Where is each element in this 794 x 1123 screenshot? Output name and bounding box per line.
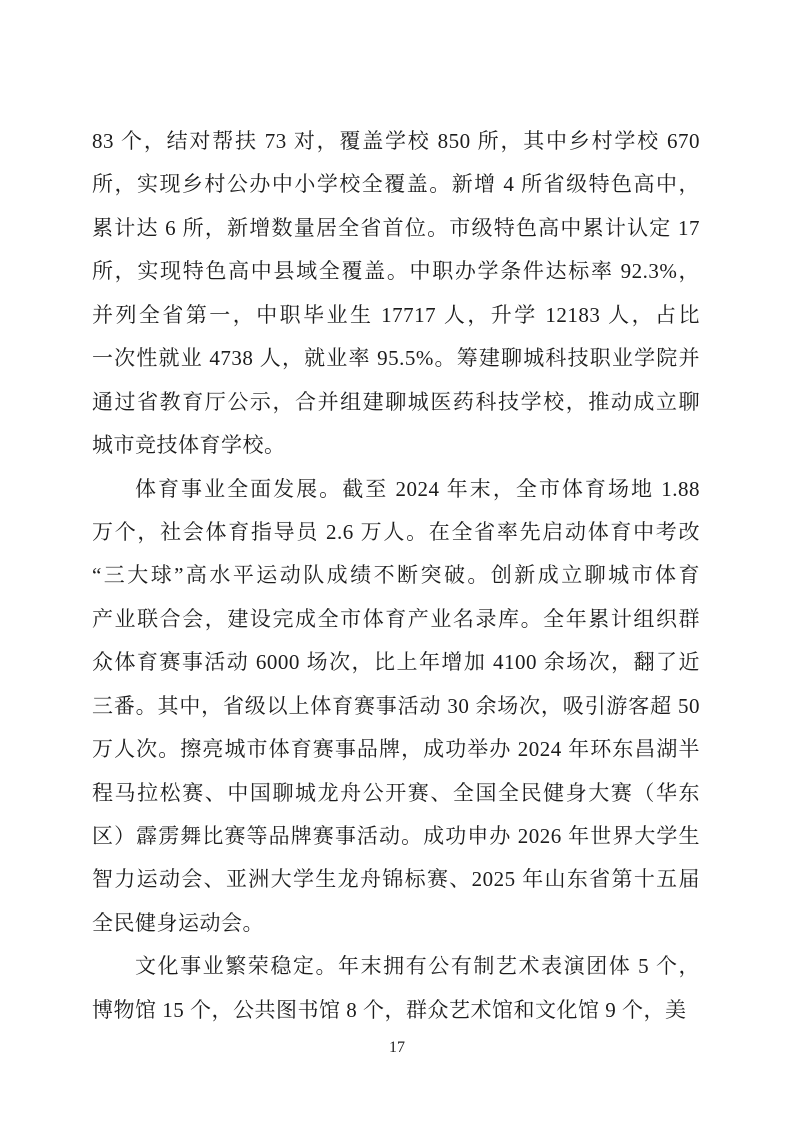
text-line: 万个，社会体育指导员 2.6 万人。在全省率先启动体育中考改革， bbox=[92, 511, 700, 554]
text-line: 智力运动会、亚洲大学生龙舟锦标赛、2025 年山东省第十五届 bbox=[92, 858, 700, 901]
text-line: 万人次。擦亮城市体育赛事品牌，成功举办 2024 年环东昌湖半 bbox=[92, 728, 700, 771]
text-line: 全民健身运动会。 bbox=[92, 902, 700, 945]
document-page: { "page": { "number": "17" }, "document"… bbox=[0, 0, 794, 1123]
text-line: 体育事业全面发展。截至 2024 年末，全市体育场地 1.88 bbox=[92, 468, 700, 511]
document-body: 83 个，结对帮扶 73 对，覆盖学校 850 所，其中乡村学校 670所，实现… bbox=[92, 120, 700, 1032]
paragraph-lead: 文化事业繁荣稳定。 bbox=[135, 954, 338, 978]
text-line: 博物馆 15 个，公共图书馆 8 个，群众艺术馆和文化馆 9 个，美 bbox=[92, 989, 700, 1032]
text-line: 所，实现特色高中县域全覆盖。中职办学条件达标率 92.3%， bbox=[92, 250, 700, 293]
paragraph: 83 个，结对帮扶 73 对，覆盖学校 850 所，其中乡村学校 670所，实现… bbox=[92, 120, 700, 468]
text-line: 产业联合会，建设完成全市体育产业名录库。全年累计组织群 bbox=[92, 598, 700, 641]
text-line: 众体育赛事活动 6000 场次，比上年增加 4100 余场次，翻了近 bbox=[92, 641, 700, 684]
text-line: 通过省教育厅公示，合并组建聊城医药科技学校，推动成立聊 bbox=[92, 381, 700, 424]
text-line: 三番。其中，省级以上体育赛事活动 30 余场次，吸引游客超 50 bbox=[92, 685, 700, 728]
text-line: 累计达 6 所，新增数量居全省首位。市级特色高中累计认定 17 bbox=[92, 207, 700, 250]
text-line: 83 个，结对帮扶 73 对，覆盖学校 850 所，其中乡村学校 670 bbox=[92, 120, 700, 163]
paragraph: 体育事业全面发展。截至 2024 年末，全市体育场地 1.88万个，社会体育指导… bbox=[92, 468, 700, 946]
text-line: 文化事业繁荣稳定。年末拥有公有制艺术表演团体 5 个， bbox=[92, 945, 700, 988]
paragraph-lead: 体育事业全面发展。 bbox=[135, 477, 342, 501]
text-line: 区）霹雳舞比赛等品牌赛事活动。成功申办 2026 年世界大学生 bbox=[92, 815, 700, 858]
text-line: 一次性就业 4738 人，就业率 95.5%。筹建聊城科技职业学院并 bbox=[92, 337, 700, 380]
text-line: 并列全省第一，中职毕业生 17717 人，升学 12183 人，占比 68.8%… bbox=[92, 294, 700, 337]
page-number: 17 bbox=[0, 1036, 794, 1060]
text-line: 城市竞技体育学校。 bbox=[92, 424, 700, 467]
paragraph: 文化事业繁荣稳定。年末拥有公有制艺术表演团体 5 个，博物馆 15 个，公共图书… bbox=[92, 945, 700, 1032]
text-line: “三大球”高水平运动队成绩不断突破。创新成立聊城市体育 bbox=[92, 554, 700, 597]
text-line: 程马拉松赛、中国聊城龙舟公开赛、全国全民健身大赛（华东 bbox=[92, 772, 700, 815]
text-line: 所，实现乡村公办中小学校全覆盖。新增 4 所省级特色高中， bbox=[92, 163, 700, 206]
